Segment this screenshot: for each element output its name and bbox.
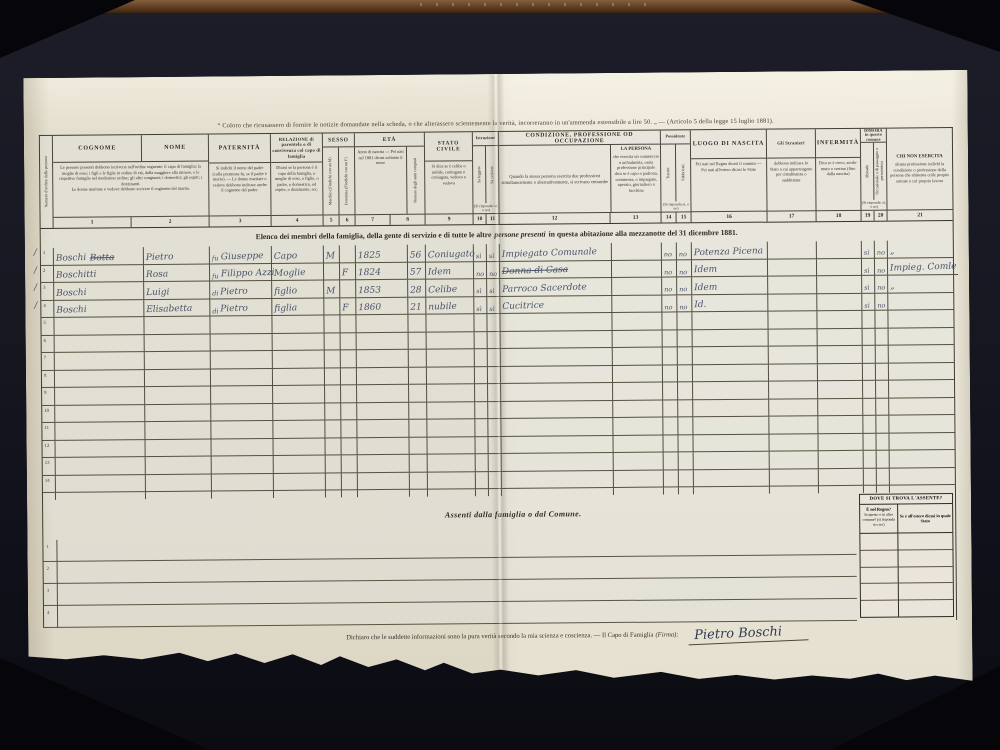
cell-anni-compiuti bbox=[410, 455, 428, 473]
header-persona-desc: LA PERSONA che esercita un commercio o u… bbox=[611, 145, 662, 212]
cell-stranieri bbox=[768, 241, 817, 259]
cell-cognome bbox=[55, 370, 145, 388]
declaration: Dichiaro che le suddette informazioni so… bbox=[346, 624, 962, 646]
cell-stranieri bbox=[768, 294, 817, 312]
cell-sa-scrivere: sì bbox=[487, 244, 500, 262]
ruled-line bbox=[860, 550, 897, 567]
col-number-15: 15 bbox=[677, 212, 691, 222]
absent-rows: 1234 bbox=[43, 533, 857, 628]
header-sesso-m: Maschio (S'indichi con un M) bbox=[328, 157, 333, 205]
cell-paternita bbox=[212, 473, 274, 491]
cell-professione: Parroco Sacerdote bbox=[500, 278, 612, 296]
header-chi-non-esercita: CHI NON ESERCITA alcuna professione indi… bbox=[887, 128, 953, 221]
cell-la-persona bbox=[613, 348, 663, 366]
cell-luogo-nascita bbox=[693, 382, 769, 400]
cell-la-persona bbox=[613, 365, 663, 383]
absent-row-number: 3 bbox=[47, 589, 49, 594]
ruled-line bbox=[860, 534, 897, 551]
cell-relazione bbox=[273, 438, 325, 456]
cell-cognome bbox=[55, 387, 145, 405]
cell-dimora-occasionale bbox=[876, 416, 889, 434]
cell-terreni: no bbox=[662, 242, 677, 260]
cell-sesso-m bbox=[325, 333, 341, 351]
cell-luogo-nascita bbox=[694, 452, 770, 470]
cell-stranieri bbox=[769, 416, 818, 434]
cell-terreni: no bbox=[662, 260, 677, 278]
cell-infermita bbox=[819, 451, 864, 469]
cell-professione: Cucitrice bbox=[500, 295, 612, 313]
cell-dimora-occasionale: no bbox=[875, 276, 888, 294]
cell-infermita bbox=[817, 293, 862, 311]
header-sa-leggere: Sa leggere bbox=[477, 166, 482, 183]
cell-sesso-f bbox=[341, 438, 357, 456]
cell-stato-civile bbox=[427, 384, 475, 402]
cell-professione bbox=[501, 435, 613, 453]
cell-terreni bbox=[663, 435, 678, 453]
cell-la-persona bbox=[612, 313, 662, 331]
cell-anno-nascita bbox=[357, 367, 409, 385]
cell-infermita bbox=[818, 328, 863, 346]
cell-sa-leggere bbox=[475, 384, 488, 402]
cell-dimora-abituale bbox=[863, 398, 876, 416]
cell-professione: Donna di Casa bbox=[500, 261, 612, 279]
cell-terreni bbox=[663, 417, 678, 435]
cell-sesso-m bbox=[325, 385, 341, 403]
cell-relazione: figlio bbox=[272, 281, 324, 299]
cell-cognome: Boschi bbox=[54, 300, 144, 318]
cell-sa-scrivere: sì bbox=[487, 296, 500, 314]
cell-terreni bbox=[664, 470, 679, 488]
cell-stato-civile: nubile bbox=[426, 297, 474, 315]
cell-fabbricati bbox=[678, 417, 693, 435]
person-number-vertical-label: Numero d'ordine della persona bbox=[44, 156, 49, 208]
cell-paternita bbox=[212, 456, 274, 474]
cell-fabbricati: no bbox=[677, 260, 692, 278]
cell-sesso-m bbox=[325, 438, 341, 456]
cell-row-number: 6 bbox=[42, 335, 55, 353]
cell-stato-civile bbox=[428, 472, 476, 490]
ruled-line bbox=[898, 550, 952, 567]
cell-chi-non-esercita bbox=[889, 415, 954, 433]
cell-fabbricati bbox=[678, 347, 693, 365]
cell-fabbricati bbox=[678, 330, 693, 348]
cell-professione bbox=[501, 330, 613, 348]
cell-dimora-abituale bbox=[863, 363, 876, 381]
cell-sa-scrivere bbox=[488, 384, 501, 402]
cell-infermita bbox=[818, 381, 863, 399]
cell-professione bbox=[502, 470, 614, 488]
cell-anni-compiuti bbox=[408, 315, 426, 333]
cell-sesso-f bbox=[340, 315, 356, 333]
cell-anni-compiuti bbox=[409, 332, 427, 350]
cell-stranieri bbox=[769, 364, 818, 382]
cell-sesso-f bbox=[341, 385, 357, 403]
cell-stato-civile: Idem bbox=[426, 262, 474, 280]
cell-dimora-occasionale bbox=[876, 398, 889, 416]
cell-luogo-nascita bbox=[692, 312, 768, 330]
header-person-number: Numero d'ordine della persona bbox=[40, 136, 54, 228]
census-table: Numero d'ordine della persona COGNOME NO… bbox=[39, 127, 957, 628]
cell-la-persona bbox=[613, 418, 663, 436]
cell-la-persona bbox=[612, 260, 662, 278]
cell-anno-nascita bbox=[357, 437, 409, 455]
cell-anno-nascita: 1860 bbox=[356, 297, 408, 315]
cell-terreni bbox=[664, 452, 679, 470]
header-possidente-group: Possidente Terreni Fabbricati (Si rispon… bbox=[661, 130, 692, 222]
header-condizione-group: CONDIZIONE, PROFESSIONE OD OCCUPAZIONE Q… bbox=[499, 131, 662, 224]
cell-fabbricati bbox=[678, 435, 693, 453]
cell-anno-nascita bbox=[357, 402, 409, 420]
cell-sesso-f bbox=[340, 280, 356, 298]
cell-anno-nascita: 1853 bbox=[356, 280, 408, 298]
cell-dimora-abituale bbox=[863, 381, 876, 399]
cell-nome: Luigi bbox=[144, 282, 210, 300]
photo-background: “ Coloro che ricusassero di fornire le n… bbox=[0, 0, 1000, 750]
header-stranieri: Gli Stranieri debbono indicare lo Stato … bbox=[767, 129, 817, 221]
header-eta-anni: Numero degli anni compiuti bbox=[413, 158, 418, 203]
cell-relazione bbox=[273, 351, 325, 369]
cell-dimora-occasionale: no bbox=[875, 241, 888, 259]
cell-dimora-abituale: sì bbox=[862, 258, 875, 276]
cell-luogo-nascita: Id. bbox=[692, 294, 768, 312]
cell-sesso-m bbox=[324, 298, 340, 316]
ruled-line bbox=[861, 567, 898, 584]
ruled-line bbox=[861, 601, 898, 617]
cell-row-number: 11 bbox=[42, 423, 55, 441]
cell-stato-civile bbox=[427, 367, 475, 385]
header-cognome-nome-desc: Le persone presenti debbono iscriversi n… bbox=[53, 162, 208, 217]
cell-dimora-occasionale bbox=[877, 451, 890, 469]
col-number-6: 6 bbox=[340, 215, 355, 225]
cell-nome bbox=[144, 317, 210, 335]
cell-terreni: no bbox=[662, 295, 677, 313]
cell-anno-nascita bbox=[357, 332, 409, 350]
header-sa-scrivere: Sa scrivere bbox=[490, 166, 495, 184]
cell-relazione bbox=[274, 456, 326, 474]
cell-professione bbox=[500, 313, 612, 331]
cell-terreni bbox=[663, 347, 678, 365]
header-dimora-group: DIMORA in questo comune Abituale Occasio… bbox=[861, 129, 888, 221]
header-eta-group: ETÀ Anno di nascita — Pei nati nel 1881 … bbox=[355, 133, 426, 226]
col-number-17: 17 bbox=[768, 210, 816, 221]
cell-nome: Elisabetta bbox=[144, 299, 210, 317]
cell-luogo-nascita bbox=[693, 399, 769, 417]
cell-paternita: fuFilippo Azzi bbox=[210, 263, 272, 281]
cell-row-number: 14 bbox=[43, 475, 56, 493]
cell-stranieri bbox=[768, 311, 817, 329]
cell-sesso-f bbox=[341, 403, 357, 421]
cell-infermita bbox=[817, 311, 862, 329]
cell-nome bbox=[145, 387, 211, 405]
cell-sesso-f bbox=[342, 455, 358, 473]
header-infermita: INFERMITÀ Dica se è cieco, sordo-muto o … bbox=[816, 129, 862, 221]
cell-dimora-occasionale bbox=[876, 346, 889, 364]
ruled-line bbox=[861, 584, 898, 601]
cell-dimora-occasionale: no bbox=[875, 258, 888, 276]
cell-stato-civile bbox=[427, 402, 475, 420]
header-cognome-title: COGNOME bbox=[53, 135, 143, 162]
cell-professione bbox=[501, 400, 613, 418]
cell-relazione bbox=[273, 421, 325, 439]
cell-row-number: 7 bbox=[42, 353, 55, 371]
cell-stato-civile bbox=[427, 437, 475, 455]
cell-relazione bbox=[273, 333, 325, 351]
cell-chi-non-esercita bbox=[889, 345, 954, 363]
cell-sa-leggere: no bbox=[474, 262, 487, 280]
cell-row-number: 5 bbox=[41, 318, 54, 336]
col-number-11: 11 bbox=[487, 214, 499, 224]
cell-chi-non-esercita bbox=[888, 310, 953, 328]
cell-sesso-m: M bbox=[324, 280, 340, 298]
cell-sesso-f bbox=[342, 473, 358, 491]
cell-sa-leggere bbox=[475, 367, 488, 385]
cell-paternita bbox=[211, 403, 273, 421]
ruled-line bbox=[899, 567, 953, 584]
cell-fabbricati: no bbox=[677, 242, 692, 260]
cell-dimora-abituale: sì bbox=[862, 293, 875, 311]
cell-cognome bbox=[55, 405, 145, 423]
cell-stato-civile bbox=[427, 419, 475, 437]
cell-anni-compiuti bbox=[409, 385, 427, 403]
col-number-19: 19 bbox=[862, 211, 875, 221]
cell-sa-scrivere bbox=[488, 419, 501, 437]
cell-sesso-m bbox=[326, 455, 342, 473]
cell-luogo-nascita: Idem bbox=[692, 277, 768, 295]
cell-sa-leggere bbox=[474, 314, 487, 332]
cell-fabbricati bbox=[678, 365, 693, 383]
cell-nome bbox=[145, 352, 211, 370]
cell-sesso-f bbox=[341, 420, 357, 438]
header-cognome-nome-group: COGNOME NOME Le persone presenti debbono… bbox=[53, 135, 210, 228]
absent-section: Assenti dalla famiglia o dal Comune. 123… bbox=[43, 492, 956, 628]
cell-anni-compiuti bbox=[409, 350, 427, 368]
header-possidente-note: (Si risponda sì, o no) bbox=[661, 201, 690, 211]
cell-la-persona bbox=[613, 330, 663, 348]
cell-sesso-m bbox=[325, 403, 341, 421]
cell-terreni bbox=[662, 312, 677, 330]
cell-anni-compiuti: 21 bbox=[408, 297, 426, 315]
cell-chi-non-esercita bbox=[890, 450, 955, 468]
cell-professione bbox=[501, 418, 613, 436]
cell-chi-non-esercita: „ bbox=[888, 240, 953, 258]
cell-sesso-f bbox=[340, 245, 356, 263]
cell-terreni bbox=[663, 400, 678, 418]
cell-cognome bbox=[56, 475, 146, 493]
wood-faint-marks bbox=[420, 3, 660, 6]
absent-row-number: 2 bbox=[47, 567, 49, 572]
cell-anno-nascita bbox=[356, 315, 408, 333]
cell-chi-non-esercita bbox=[889, 398, 954, 416]
check-tick-mark: / bbox=[34, 249, 37, 258]
cell-luogo-nascita bbox=[694, 469, 770, 487]
check-tick-mark: / bbox=[34, 301, 37, 310]
col-number-10: 10 bbox=[474, 214, 487, 224]
cell-sesso-f bbox=[341, 350, 357, 368]
cell-row-number: 9 bbox=[42, 388, 55, 406]
cell-luogo-nascita bbox=[693, 434, 769, 452]
ruled-line bbox=[899, 583, 953, 600]
col-number-18: 18 bbox=[817, 210, 861, 221]
cell-infermita bbox=[818, 346, 863, 364]
cell-luogo-nascita: Potenza Picena bbox=[692, 242, 768, 260]
cell-stranieri bbox=[769, 381, 818, 399]
cell-sa-leggere bbox=[476, 454, 489, 472]
cell-infermita bbox=[818, 363, 863, 381]
cell-stranieri bbox=[770, 469, 819, 487]
cell-la-persona bbox=[614, 470, 664, 488]
header-condizione-desc: Quando la stessa persona esercita due pr… bbox=[499, 145, 611, 213]
cell-cognome bbox=[55, 335, 145, 353]
cell-professione: Impiegato Comunale bbox=[500, 243, 612, 261]
cell-anni-compiuti: 28 bbox=[408, 280, 426, 298]
cell-paternita bbox=[211, 421, 273, 439]
cell-nome: Rosa bbox=[144, 264, 210, 282]
cell-sesso-f: F bbox=[340, 263, 356, 281]
cell-sa-scrivere: sì bbox=[487, 279, 500, 297]
cell-sesso-m bbox=[325, 420, 341, 438]
col-number-12: 12 bbox=[500, 213, 611, 224]
cell-paternita bbox=[211, 351, 273, 369]
cell-nome bbox=[145, 369, 211, 387]
cell-sa-leggere bbox=[475, 332, 488, 350]
cell-sa-leggere bbox=[475, 402, 488, 420]
cell-nome: Pietro bbox=[144, 247, 210, 265]
cell-dimora-occasionale bbox=[876, 381, 889, 399]
cell-cognome bbox=[56, 440, 146, 458]
cell-dimora-occasionale bbox=[876, 433, 889, 451]
col-number-14: 14 bbox=[662, 212, 677, 222]
cell-relazione: Moglie bbox=[272, 263, 324, 281]
table-header: Numero d'ordine della persona COGNOME NO… bbox=[40, 128, 953, 229]
col-number-13: 13 bbox=[611, 213, 661, 223]
cell-fabbricati bbox=[678, 400, 693, 418]
cell-infermita bbox=[817, 276, 862, 294]
wood-strip bbox=[0, 0, 1000, 13]
cell-sa-scrivere bbox=[489, 454, 502, 472]
cell-nome bbox=[145, 404, 211, 422]
cell-luogo-nascita bbox=[693, 347, 769, 365]
header-terreni: Terreni bbox=[666, 167, 671, 179]
cell-la-persona bbox=[613, 400, 663, 418]
cell-chi-non-esercita: Impieg. Comle bbox=[888, 257, 958, 275]
cell-sa-leggere bbox=[475, 437, 488, 455]
cell-stranieri bbox=[769, 346, 818, 364]
cell-la-persona bbox=[614, 453, 664, 471]
header-istruzione-note: (Si risponda: sì, o no) bbox=[473, 203, 498, 213]
cell-sa-leggere: sì bbox=[474, 279, 487, 297]
cell-luogo-nascita: Idem bbox=[692, 259, 768, 277]
cell-relazione: Capo bbox=[272, 246, 324, 264]
cell-luogo-nascita bbox=[693, 417, 769, 435]
cell-anni-compiuti: 57 bbox=[408, 262, 426, 280]
col-number-21: 21 bbox=[888, 209, 953, 221]
where-box-regno-column: È nel Regno? In questo o in altro comune… bbox=[860, 505, 899, 617]
cell-sesso-m bbox=[326, 473, 342, 491]
cell-row-number: 13 bbox=[43, 458, 56, 476]
cell-paternita bbox=[211, 438, 273, 456]
cell-anno-nascita bbox=[357, 385, 409, 403]
cell-sa-scrivere bbox=[489, 471, 502, 489]
cell-infermita bbox=[817, 241, 862, 259]
cell-cognome bbox=[56, 457, 146, 475]
cell-row-number: 2/ bbox=[41, 265, 54, 283]
cell-infermita bbox=[819, 468, 864, 486]
cell-dimora-abituale bbox=[863, 416, 876, 434]
cell-anni-compiuti: 56 bbox=[408, 245, 426, 263]
absent-section-title: Assenti dalla famiglia o dal Comune. bbox=[333, 508, 693, 520]
where-box-estero-column: Se è all'estero dicasi in quale Stato bbox=[898, 504, 953, 616]
cell-sesso-m bbox=[324, 263, 340, 281]
cell-infermita bbox=[817, 258, 862, 276]
cell-dimora-abituale bbox=[864, 451, 877, 469]
cell-stato-civile: Coniugato bbox=[426, 244, 474, 262]
cell-sesso-m bbox=[324, 315, 340, 333]
cell-infermita bbox=[818, 433, 863, 451]
cell-dimora-abituale bbox=[862, 311, 875, 329]
cell-sa-leggere: sì bbox=[474, 297, 487, 315]
cell-row-number: 3/ bbox=[41, 283, 54, 301]
cell-paternita bbox=[210, 316, 272, 334]
cell-luogo-nascita bbox=[693, 329, 769, 347]
col-number-4: 4 bbox=[272, 215, 323, 226]
cell-anni-compiuti bbox=[409, 437, 427, 455]
cell-row-number: 4/ bbox=[41, 300, 54, 318]
cell-anno-nascita bbox=[357, 420, 409, 438]
col-number-1: 1 bbox=[54, 217, 132, 228]
cell-dimora-occasionale bbox=[876, 363, 889, 381]
check-tick-mark: / bbox=[34, 284, 37, 293]
cell-cognome: Boschi Botta bbox=[54, 247, 144, 265]
header-nome-title: NOME bbox=[142, 135, 208, 162]
header-sesso-group: SESSO Maschio (S'indichi con un M) Femmi… bbox=[323, 133, 356, 225]
col-number-7: 7 bbox=[356, 215, 391, 225]
cell-fabbricati: no bbox=[677, 277, 692, 295]
cell-stranieri bbox=[768, 276, 817, 294]
cell-dimora-abituale bbox=[863, 328, 876, 346]
cell-cognome bbox=[54, 317, 144, 335]
col-number-2: 2 bbox=[132, 217, 209, 228]
photo-corner-top-left bbox=[0, 0, 135, 58]
cell-stato-civile bbox=[428, 454, 476, 472]
ruled-line bbox=[899, 600, 953, 616]
cell-anno-nascita bbox=[357, 350, 409, 368]
cell-nome bbox=[145, 422, 211, 440]
cell-row-number: 10 bbox=[42, 405, 55, 423]
cell-stato-civile bbox=[427, 332, 475, 350]
cell-nome bbox=[145, 439, 211, 457]
header-luogo-nascita: LUOGO DI NASCITA Pei nati nel Regno dica… bbox=[691, 130, 768, 223]
cell-anno-nascita: 1825 bbox=[356, 245, 408, 263]
cell-terreni: no bbox=[662, 277, 677, 295]
cell-sesso-m bbox=[325, 368, 341, 386]
header-stato-civile: STATO CIVILE Si dica se è celibe o nubil… bbox=[425, 132, 474, 224]
cell-professione bbox=[501, 365, 613, 383]
cell-fabbricati bbox=[677, 312, 692, 330]
cell-infermita bbox=[818, 398, 863, 416]
cell-nome bbox=[145, 334, 211, 352]
cell-relazione bbox=[273, 403, 325, 421]
cell-stranieri bbox=[768, 259, 817, 277]
col-number-9: 9 bbox=[426, 213, 473, 224]
header-eta-anno: Anno di nascita — Pei nati nel 1881 dica… bbox=[355, 147, 407, 214]
cell-sa-scrivere bbox=[488, 366, 501, 384]
cell-sa-leggere bbox=[476, 472, 489, 490]
cell-dimora-abituale: sì bbox=[862, 241, 875, 259]
header-relazione: RELAZIONE di parentela o di convivenza c… bbox=[271, 134, 324, 226]
census-document: “ Coloro che ricusassero di fornire le n… bbox=[23, 70, 972, 692]
cell-relazione bbox=[273, 368, 325, 386]
cell-row-number: 1/ bbox=[41, 248, 54, 266]
